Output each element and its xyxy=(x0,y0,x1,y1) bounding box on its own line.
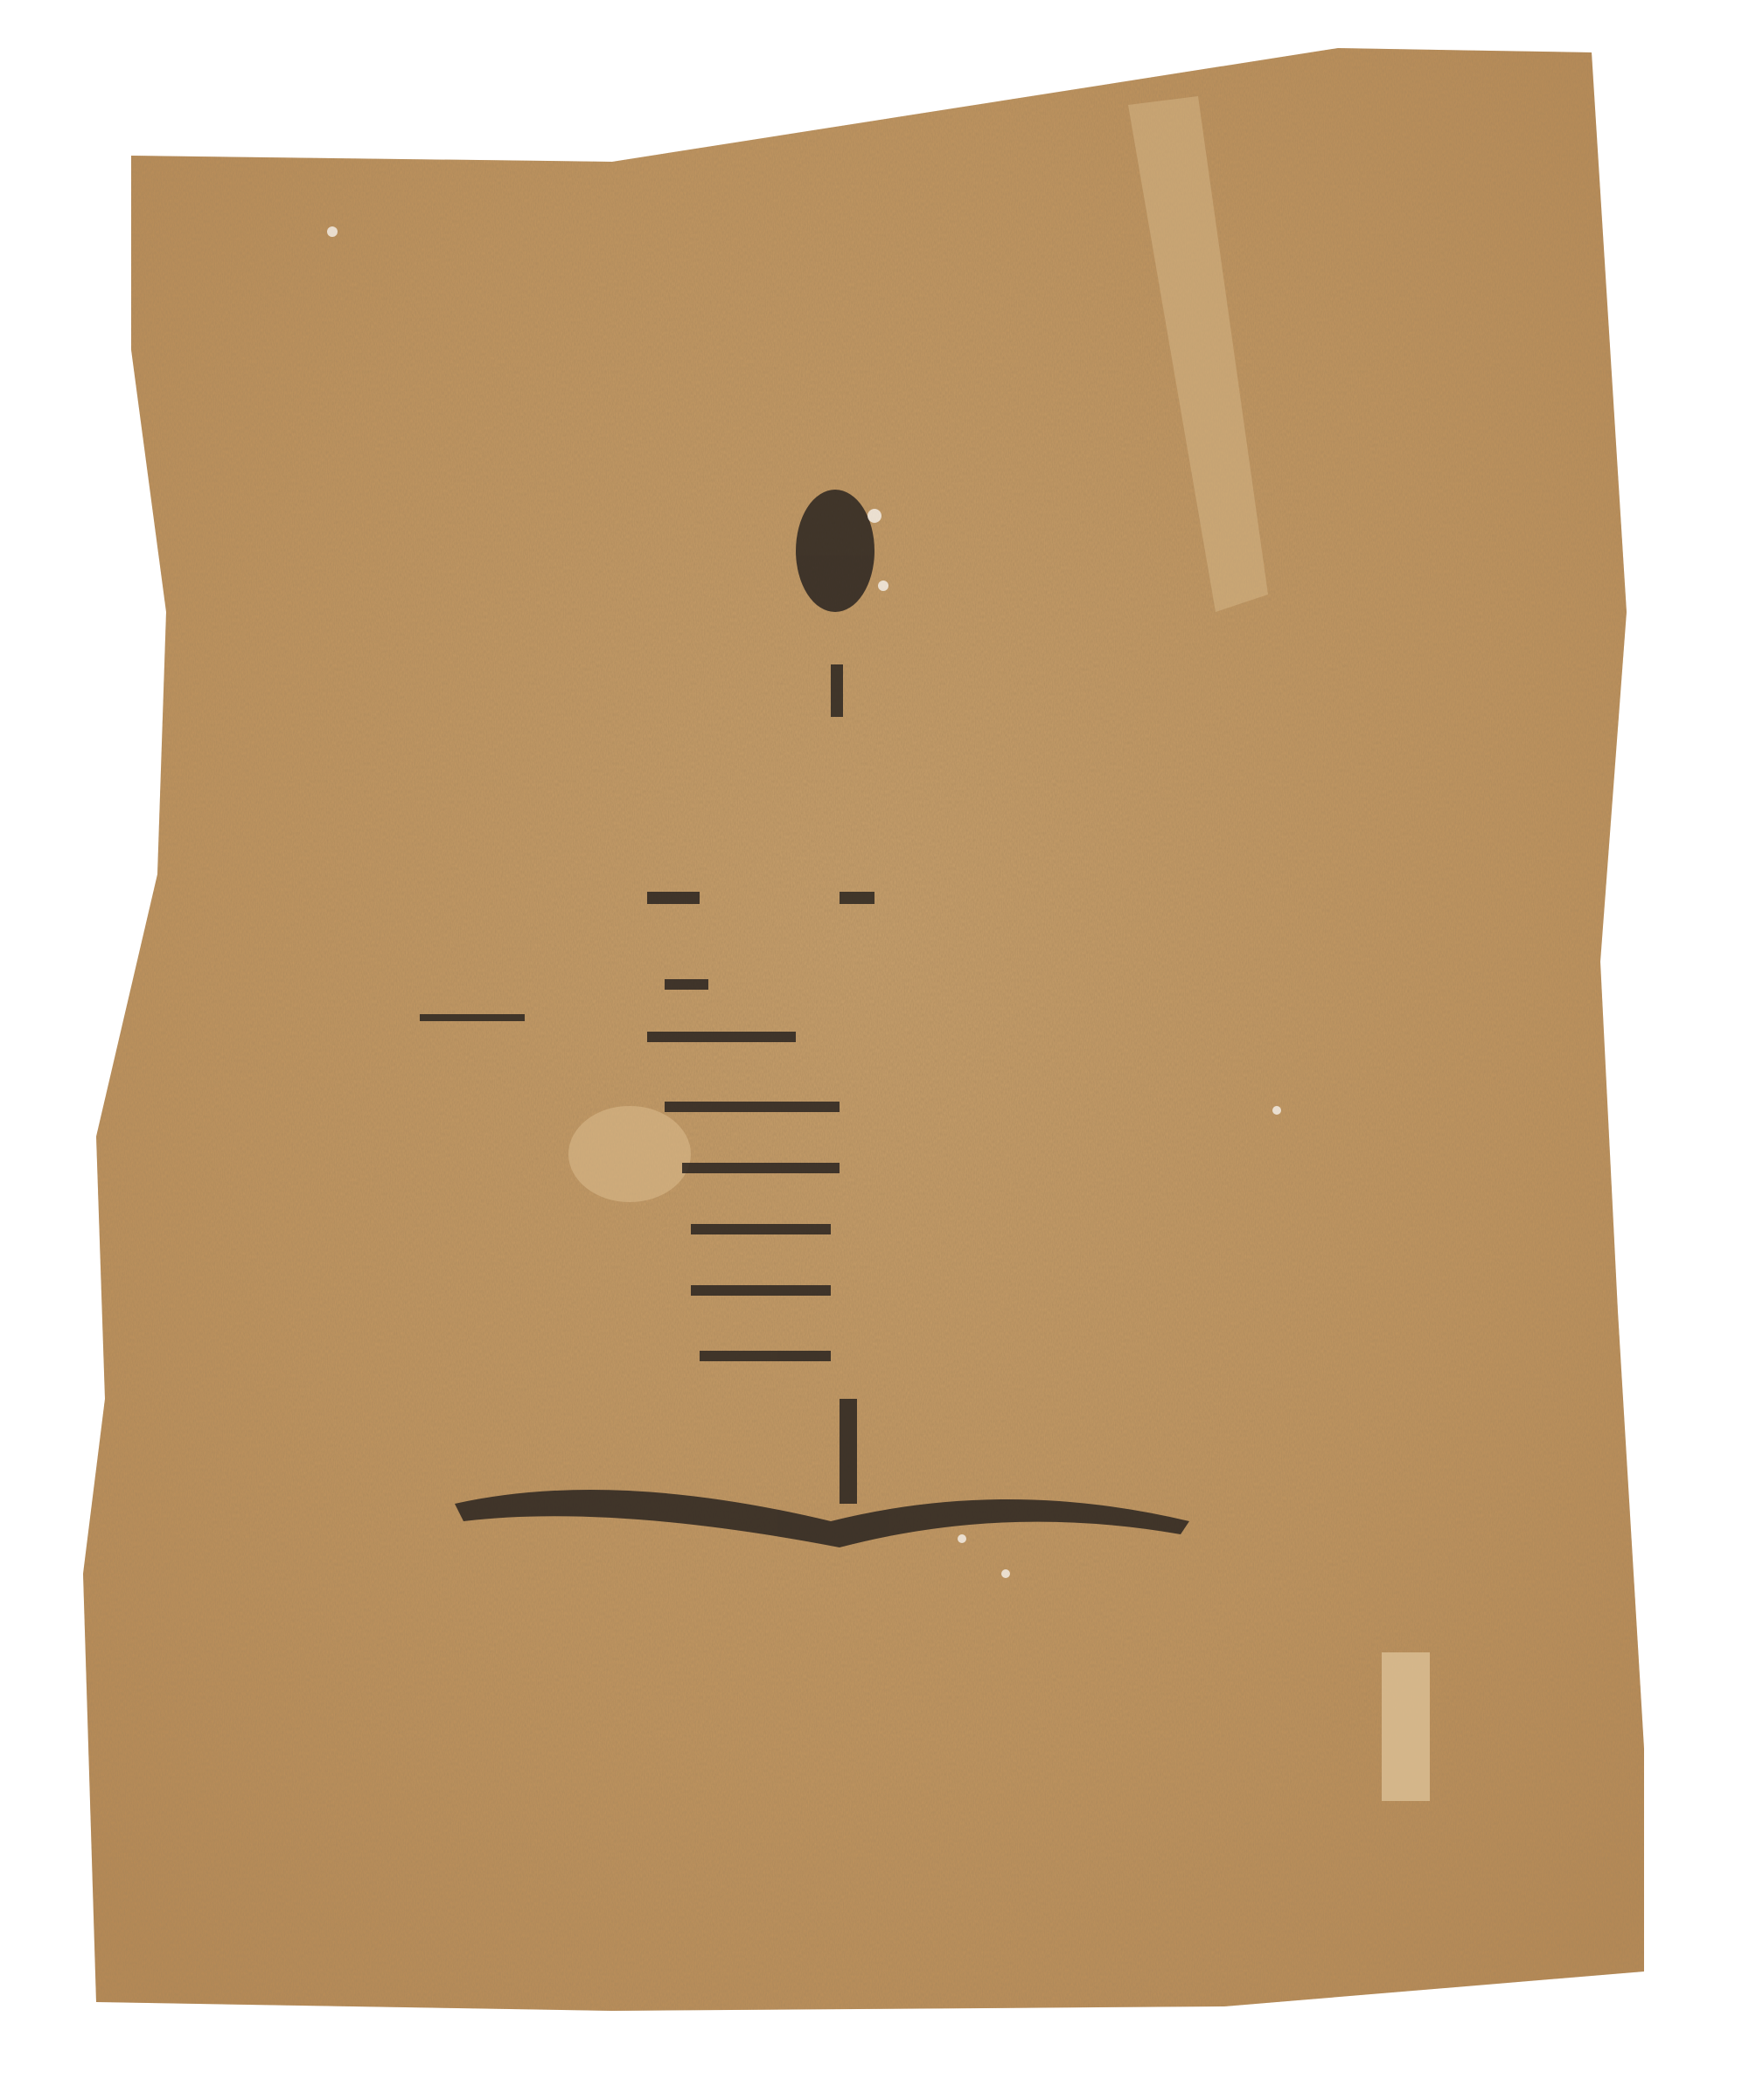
bark-cloth-photo xyxy=(0,0,1749,2100)
